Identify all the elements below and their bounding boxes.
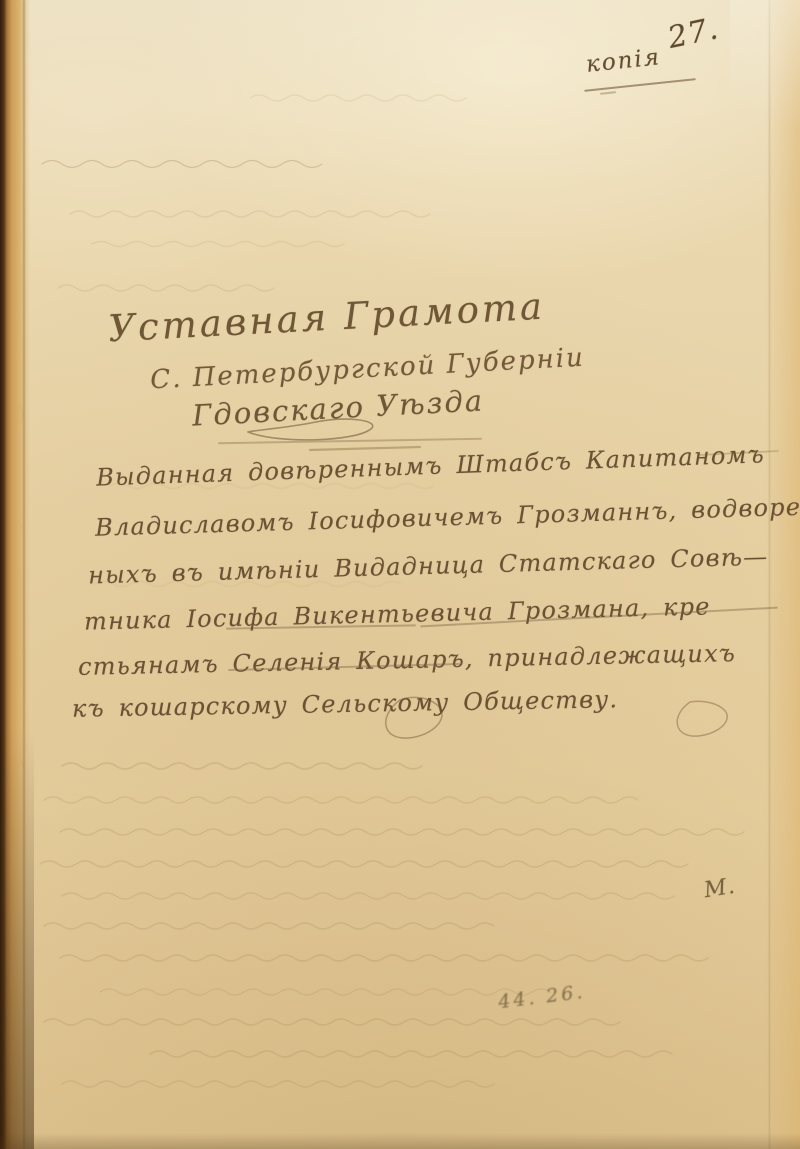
ghost-lines (10, 95, 778, 1087)
copy-annotation: копія (585, 44, 662, 78)
copy-annotation-underline (584, 78, 696, 92)
copy-annotation-tick (600, 91, 616, 94)
manuscript-page: 27. копія Уставная Грамота С. Петербургс… (0, 0, 800, 1149)
body-line: къ кошарскому Сельскому Обществу. (72, 685, 619, 723)
bottom-page-shadow (0, 1133, 800, 1149)
folio-number: 27. (665, 11, 722, 56)
heading-divider-line (218, 438, 482, 444)
page-crease-line (23, 0, 25, 1149)
charter-title: Уставная Грамота (107, 285, 546, 351)
right-edge-line (769, 0, 771, 1149)
body-line: стьянамъ Селенія Кошаръ, принадлежащихъ (78, 639, 736, 681)
body-line: Выданная довѣреннымъ Штабсъ Капитаномъ (96, 440, 766, 491)
binding-gutter-shadow (0, 729, 34, 1149)
body-line: Владиславомъ Іосифовичемъ Грозманнъ, вод… (95, 492, 800, 541)
top-right-corner-highlight (730, 0, 800, 160)
charter-governorate: С. Петербургской Губерніи (150, 343, 586, 396)
pencil-note: 44. 26. (497, 981, 587, 1013)
body-line: ныхъ въ имѣніи Видадница Статскаго Совѣ— (88, 543, 769, 590)
margin-mark: М. (702, 874, 737, 904)
body-line: тника Іосифа Викентьевича Грозмана, кре (84, 592, 711, 635)
